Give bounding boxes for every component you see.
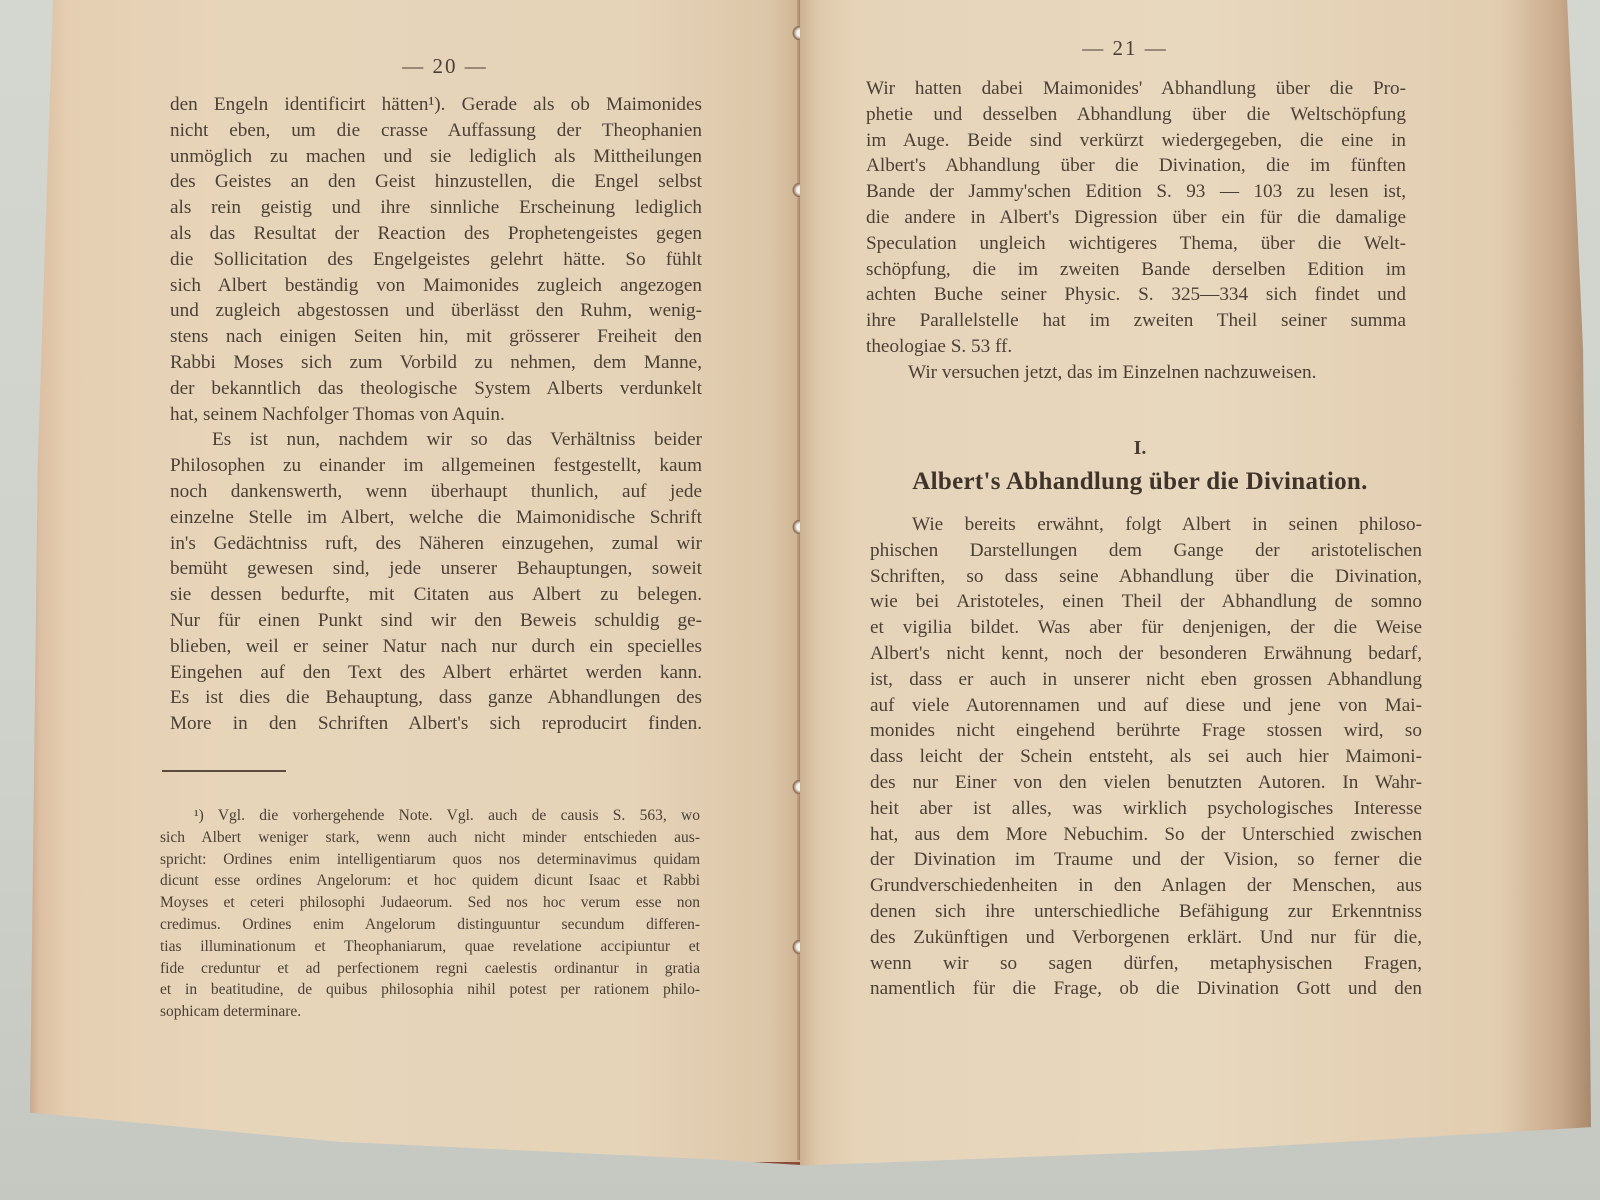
- footnote-line: credimus. Ordines enim Angelorum disting…: [160, 914, 700, 936]
- text-line: Speculation ungleich wichtigeres Thema, …: [866, 231, 1406, 257]
- text-line: des nur Einer von den vielen benutzten A…: [870, 770, 1422, 796]
- text-line: ihre Parallelstelle hat im zweiten Theil…: [866, 308, 1406, 334]
- footnote: ¹) Vgl. die vorhergehende Note. Vgl. auc…: [160, 805, 700, 1023]
- left-body-text: den Engeln identificirt hätten¹). Gerade…: [170, 92, 702, 737]
- page-number-left: — 20 —: [370, 54, 520, 79]
- left-page: — 20 — den Engeln identificirt hätten¹).…: [30, 0, 800, 1165]
- text-line: des Zukünftigen und Verborgenen erklärt.…: [870, 925, 1422, 951]
- text-line: Bande der Jammy'schen Edition S. 93 — 10…: [866, 179, 1406, 205]
- text-line: Es ist dies die Behauptung, dass ganze A…: [170, 685, 702, 711]
- text-line: hat, seinem Nachfolger Thomas von Aquin.: [170, 402, 702, 428]
- text-line: den Engeln identificirt hätten¹). Gerade…: [170, 92, 702, 118]
- text-line: einzelne Stelle im Albert, welche die Ma…: [170, 505, 702, 531]
- text-line: der Divination im Traume und der Vision,…: [870, 847, 1422, 873]
- page-number-right: — 21 —: [1050, 36, 1200, 61]
- text-line: Es ist nun, nachdem wir so das Verhältni…: [170, 427, 702, 453]
- text-line: des Geistes an den Geist hinzustellen, d…: [170, 169, 702, 195]
- section-number: I.: [1090, 437, 1190, 460]
- footnote-line: spricht: Ordines enim intelligentiarum q…: [160, 849, 700, 871]
- text-line: namentlich für die Frage, ob die Divinat…: [870, 976, 1422, 1002]
- footnote-line: dicunt esse ordines Angelorum: et hoc qu…: [160, 870, 700, 892]
- text-line: stens nach einigen Seiten hin, mit gröss…: [170, 324, 702, 350]
- text-line: Albert's Abhandlung über die Divination,…: [866, 153, 1406, 179]
- text-line: als rein geistig und ihre sinnliche Ersc…: [170, 195, 702, 221]
- footnote-line: et in beatitudine, de quibus philosophia…: [160, 979, 700, 1001]
- text-line: Rabbi Moses sich zum Vorbild zu nehmen, …: [170, 350, 702, 376]
- text-line: hat, aus dem More Nebuchim. So der Unter…: [870, 822, 1422, 848]
- footnote-line: Moyses et ceteri philosophi Judaeorum. S…: [160, 892, 700, 914]
- text-line: et vigilia bildet. Was aber für denjenig…: [870, 615, 1422, 641]
- text-line: die Sollicitation des Engelgeistes geleh…: [170, 247, 702, 273]
- text-line: der bekanntlich das theologische System …: [170, 376, 702, 402]
- footnote-divider: [162, 770, 286, 772]
- text-line: in's Gedächtniss ruft, des Näheren einzu…: [170, 531, 702, 557]
- text-line: dass leicht der Schein entsteht, als sei…: [870, 744, 1422, 770]
- text-line: Wir versuchen jetzt, das im Einzelnen na…: [866, 360, 1406, 386]
- section-title: Albert's Abhandlung über die Divination.: [870, 468, 1410, 496]
- text-line: Wie bereits erwähnt, folgt Albert in sei…: [870, 512, 1422, 538]
- footnote-line: tias illuminationum et Theophaniarum, qu…: [160, 936, 700, 958]
- text-line: Philosophen zu einander im allgemeinen f…: [170, 453, 702, 479]
- text-line: schöpfung, die im zweiten Bande derselbe…: [866, 257, 1406, 283]
- text-line: Albert's nicht kennt, noch der besondere…: [870, 641, 1422, 667]
- text-line: More in den Schriften Albert's sich repr…: [170, 711, 702, 737]
- text-line: achten Buche seiner Physic. S. 325—334 s…: [866, 282, 1406, 308]
- text-line: nicht eben, um die crasse Auffassung der…: [170, 118, 702, 144]
- text-line: sie dessen bedurfte, mit Citaten aus Alb…: [170, 582, 702, 608]
- text-line: Nur für einen Punkt sind wir den Beweis …: [170, 608, 702, 634]
- text-line: sich Albert beständig von Maimonides zug…: [170, 273, 702, 299]
- right-section-text: Wie bereits erwähnt, folgt Albert in sei…: [870, 512, 1422, 1002]
- text-line: noch dankenswerth, wenn überhaupt thunli…: [170, 479, 702, 505]
- text-line: als das Resultat der Reaction des Prophe…: [170, 221, 702, 247]
- text-line: bemüht gewesen sind, jede unserer Behaup…: [170, 556, 702, 582]
- text-line: unmöglich zu machen und sie lediglich al…: [170, 144, 702, 170]
- text-line: ist, dass er auch in unserer nicht eben …: [870, 667, 1422, 693]
- text-line: denen sich ihre unterschiedliche Befähig…: [870, 899, 1422, 925]
- text-line: phischen Darstellungen dem Gange der ari…: [870, 538, 1422, 564]
- right-page: — 21 — Wir hatten dabei Maimonides' Abha…: [800, 0, 1595, 1168]
- text-line: heit aber ist alles, was wirklich psycho…: [870, 796, 1422, 822]
- footnote-line: ¹) Vgl. die vorhergehende Note. Vgl. auc…: [160, 805, 700, 827]
- text-line: blieben, weil er seiner Natur nach nur d…: [170, 634, 702, 660]
- text-line: theologiae S. 53 ff.: [866, 334, 1406, 360]
- text-line: monides nicht eingehend berührte Frage s…: [870, 718, 1422, 744]
- right-intro-text: Wir hatten dabei Maimonides' Abhandlung …: [866, 76, 1406, 386]
- text-line: wie bei Aristoteles, einen Theil der Abh…: [870, 589, 1422, 615]
- text-line: Wir hatten dabei Maimonides' Abhandlung …: [866, 76, 1406, 102]
- text-line: im Auge. Beide sind verkürzt wiedergegeb…: [866, 128, 1406, 154]
- text-line: Grundverschiedenheiten in den Anlagen de…: [870, 873, 1422, 899]
- footnote-line: sich Albert weniger stark, wenn auch nic…: [160, 827, 700, 849]
- book-photo: — 20 — den Engeln identificirt hätten¹).…: [0, 0, 1600, 1200]
- text-line: die andere in Albert's Digression über e…: [866, 205, 1406, 231]
- footnote-line: fide creduntur et ad perfectionem regni …: [160, 958, 700, 980]
- text-line: und zugleich abgestossen und überlässt d…: [170, 298, 702, 324]
- text-line: wenn wir so sagen dürfen, metaphysischen…: [870, 951, 1422, 977]
- text-line: Eingehen auf den Text des Albert erhärte…: [170, 660, 702, 686]
- footnote-line: sophicam determinare.: [160, 1001, 700, 1023]
- text-line: auf viele Autorennamen und auf diese und…: [870, 693, 1422, 719]
- text-line: Schriften, so dass seine Abhandlung über…: [870, 564, 1422, 590]
- text-line: phetie und desselben Abhandlung über die…: [866, 102, 1406, 128]
